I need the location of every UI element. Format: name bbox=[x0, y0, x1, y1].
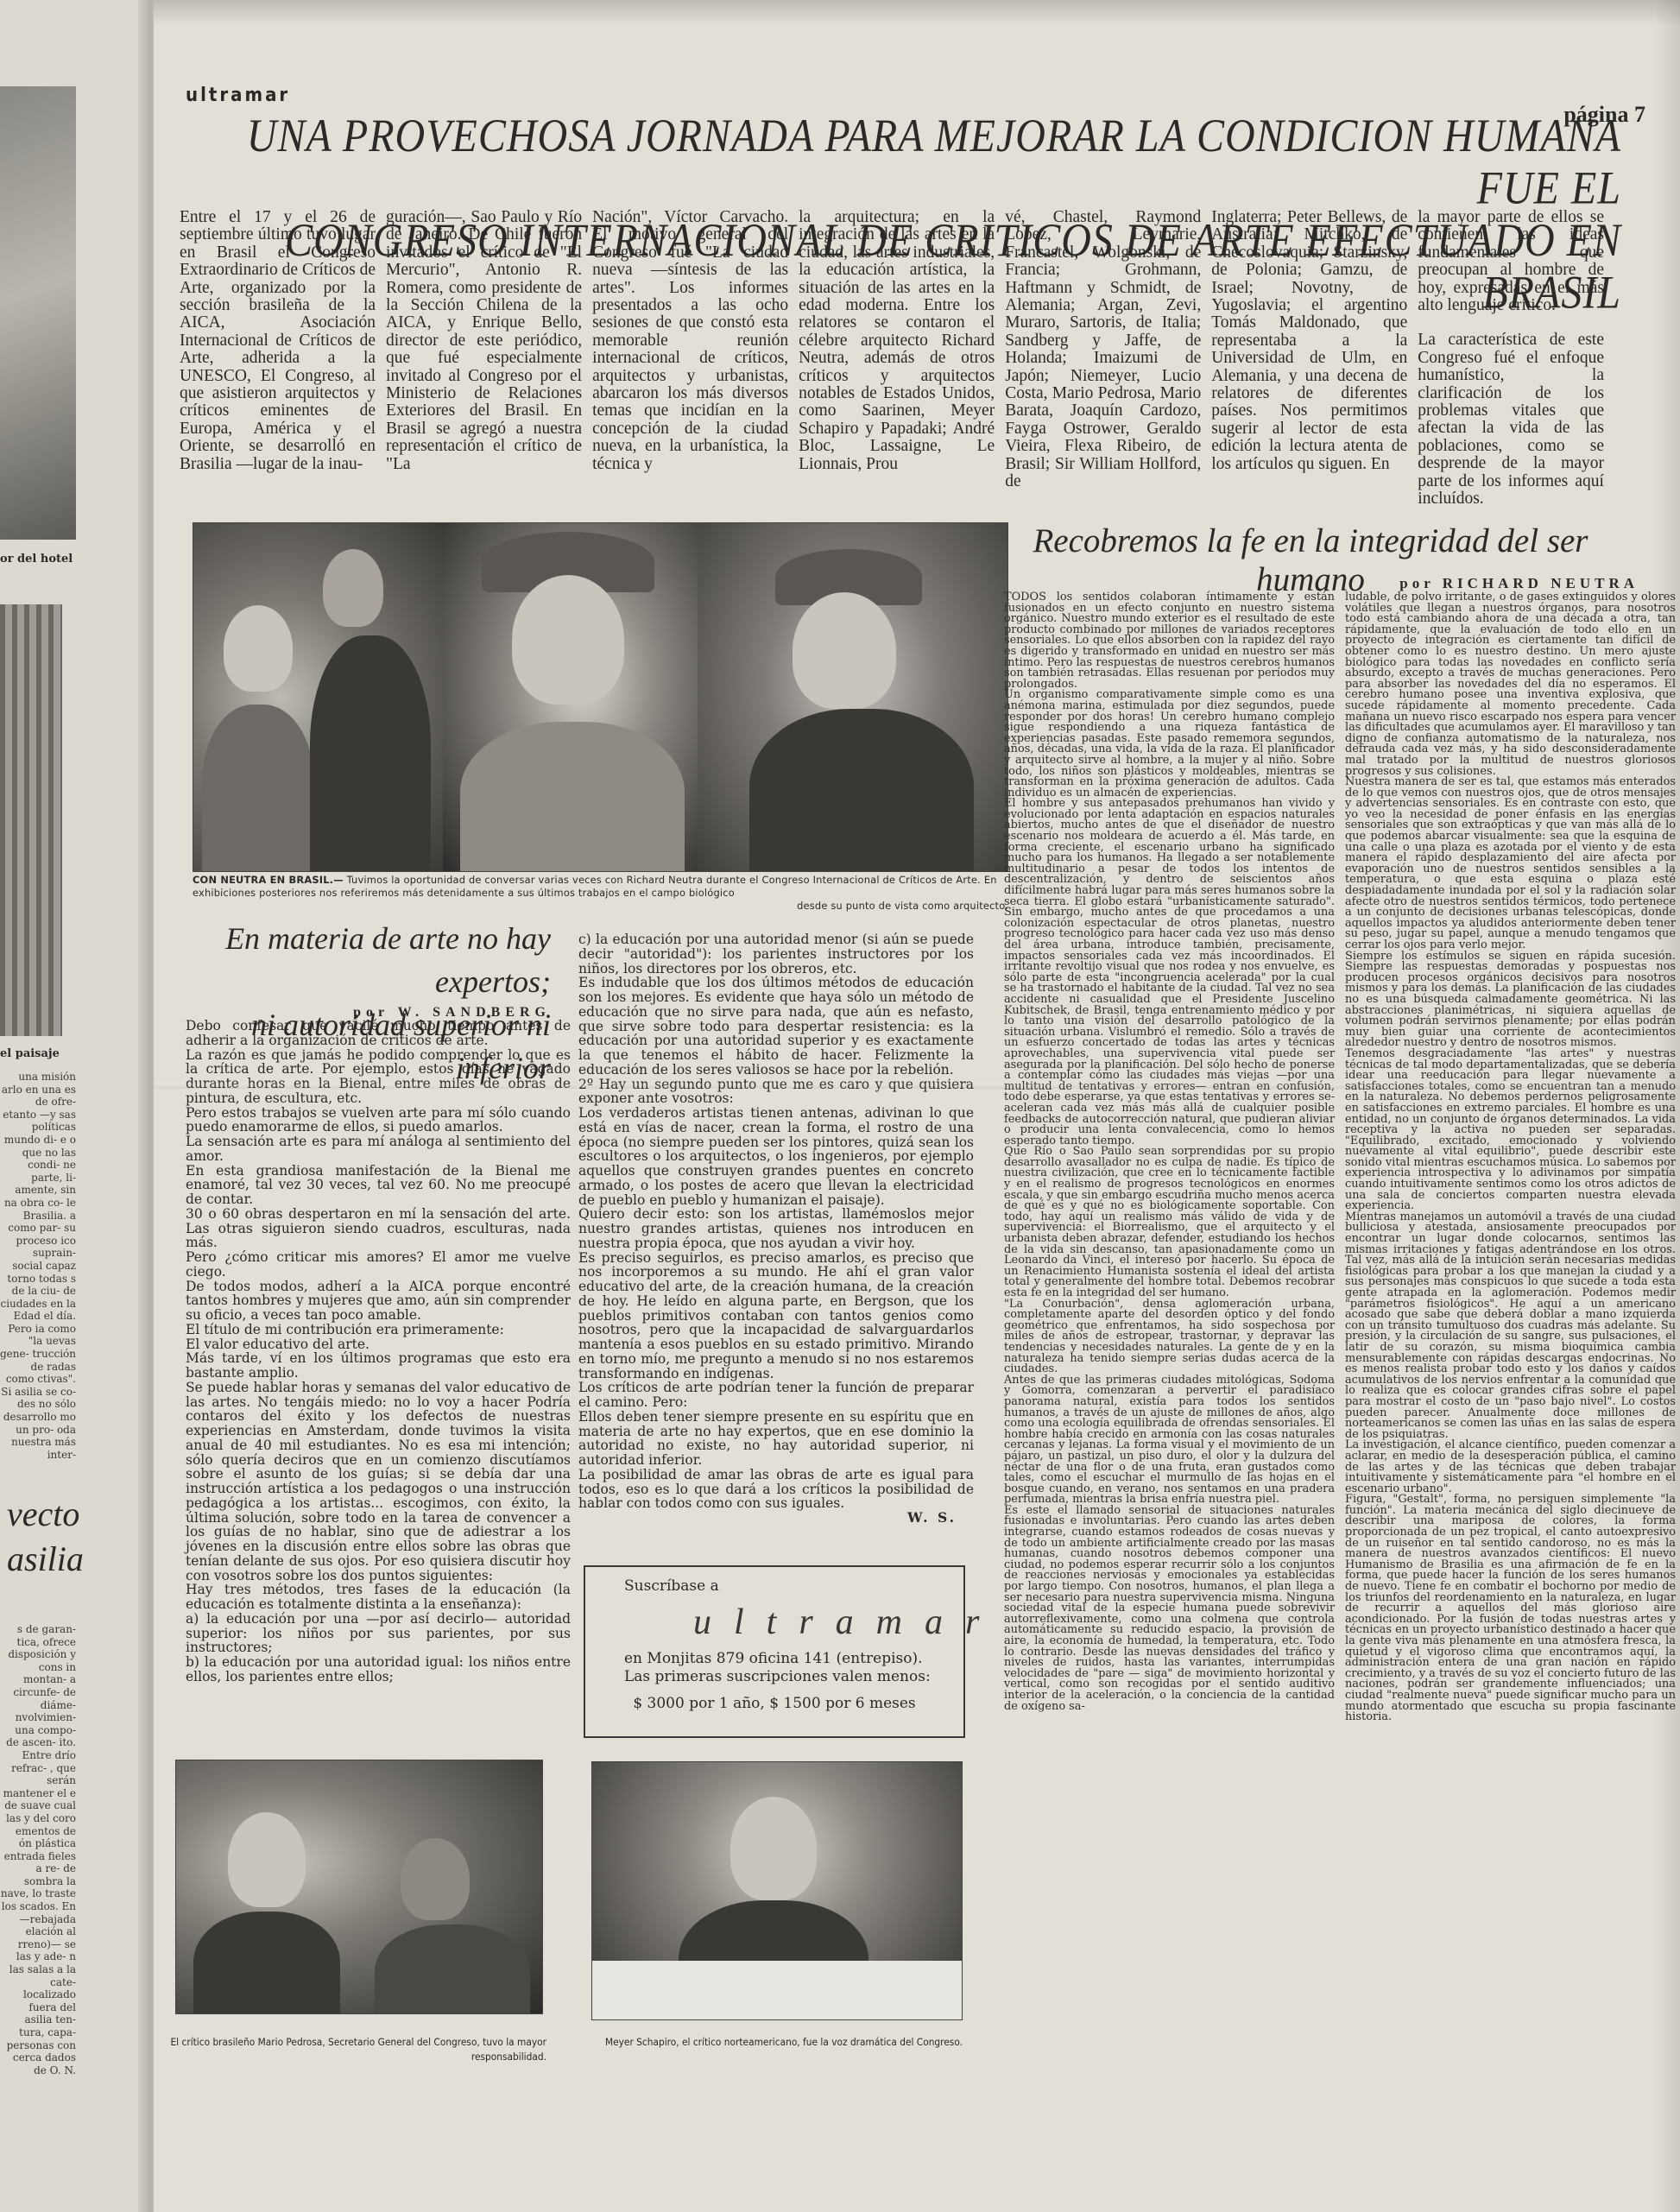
paragraph: Siempre los estímulos se siguen en rápid… bbox=[1345, 951, 1676, 1049]
paragraph: Que Río o Sao Paulo sean sorprendidas po… bbox=[1004, 1147, 1335, 1299]
paragraph: Debo confesar que vacilé mucho tiempo an… bbox=[186, 1019, 571, 1048]
address-line-2: Las primeras suscripciones valen menos: bbox=[624, 1668, 946, 1686]
subscription-intro: Suscríbase a bbox=[603, 1577, 946, 1595]
intro-column-3: Nación", Víctor Carvacho. El motivo gene… bbox=[592, 209, 788, 509]
suit-neutra bbox=[202, 705, 314, 871]
paragraph: 30 o 60 obras despertaron en mí la sensa… bbox=[186, 1207, 571, 1250]
paragraph: b) la educación por una autoridad igual:… bbox=[186, 1655, 571, 1684]
paragraph: La sensación arte es para mí análoga al … bbox=[186, 1134, 571, 1164]
neutra-column-1: TODOS los sentidos colaboran íntimamente… bbox=[1004, 592, 1335, 1712]
left-page-heading-line-1: vecto bbox=[7, 1494, 79, 1534]
suit-pedrosa bbox=[193, 1912, 340, 2014]
intro-column-6: Inglaterra; Peter Bellews, de Australia;… bbox=[1211, 209, 1407, 509]
caption-meyer-schapiro: Meyer Schapiro, el crítico norteamerican… bbox=[590, 2035, 963, 2050]
face-companion bbox=[401, 1838, 470, 1920]
paragraph: "La Conurbación", densa aglomeración urb… bbox=[1004, 1299, 1335, 1375]
suit-companion bbox=[310, 635, 431, 871]
paragraph: Pero ¿cómo criticar mis amores? El amor … bbox=[186, 1250, 571, 1280]
caption-mario-pedrosa: El crítico brasileño Mario Pedrosa, Secr… bbox=[162, 2035, 546, 2064]
suit-neutra bbox=[460, 722, 685, 871]
paragraph: La razón es que jamás he podido comprend… bbox=[186, 1048, 571, 1106]
paragraph: Más tarde, ví en los últimos programas q… bbox=[186, 1351, 571, 1381]
page-edge-shadow bbox=[1654, 0, 1680, 2212]
paper-crease bbox=[154, 1084, 1680, 1089]
sandberg-column-1: Debo confesar que vacilé mucho tiempo an… bbox=[186, 1019, 571, 1684]
subscription-brand: ultramar bbox=[603, 1602, 946, 1643]
paragraph: Antes de que las primeras ciudades mitol… bbox=[1004, 1375, 1335, 1506]
paragraph: ludable, de polvo irritante, o de gases … bbox=[1345, 592, 1676, 777]
left-page-caption-mid: el paisaje bbox=[0, 1047, 60, 1060]
paragraph: Es indudable que los dos últimos métodos… bbox=[578, 976, 974, 1077]
paragraph: a) la educación por una —por así decirlo… bbox=[186, 1612, 571, 1655]
paragraph: Tenemos desgraciadamente "las artes" y n… bbox=[1345, 1049, 1676, 1212]
left-page-text-block-1: una misión arlo en una es de ofre- etant… bbox=[0, 1071, 76, 1461]
photo-mario-pedrosa bbox=[175, 1760, 543, 2014]
intro-column-7-para-2: La característica de este Congreso fué e… bbox=[1418, 332, 1604, 508]
signature: W. S. bbox=[578, 1511, 974, 1526]
caption-lead: CON NEUTRA EN BRASIL.— bbox=[193, 874, 344, 886]
photo-neutra-with-companion bbox=[193, 523, 443, 871]
intro-article: Entre el 17 y el 26 de septiembre último… bbox=[180, 209, 1604, 509]
left-page-photo-facade bbox=[0, 604, 62, 1036]
suit-companion bbox=[375, 1924, 530, 2014]
subscription-prices: $ 3000 por 1 año, $ 1500 por 6 meses bbox=[603, 1695, 946, 1712]
face-schapiro bbox=[730, 1797, 817, 1900]
paragraph: La posibilidad de amar las obras de arte… bbox=[578, 1468, 974, 1511]
subscription-address: en Monjitas 879 oficina 141 (entrepiso).… bbox=[603, 1650, 946, 1686]
left-page-caption-top: or del hotel bbox=[0, 553, 73, 566]
paragraph: En esta grandiosa manifestación de la Bi… bbox=[186, 1164, 571, 1207]
face-neutra bbox=[224, 605, 293, 692]
paragraph: La investigación, el alcance científico,… bbox=[1345, 1440, 1676, 1495]
paragraph: Figura, "Gestalt", forma, no persiguen s… bbox=[1345, 1495, 1676, 1722]
paragraph: Ellos deben tener siempre presente en su… bbox=[578, 1410, 974, 1468]
intro-column-7-para-1: la mayor parte de ellos se contienen las… bbox=[1418, 209, 1604, 314]
suit-neutra bbox=[749, 709, 974, 871]
table-cloth bbox=[592, 1961, 963, 2020]
paragraph: Mientras manejamos un automóvil a través… bbox=[1345, 1212, 1676, 1440]
paragraph: Un organismo comparativamente simple com… bbox=[1004, 690, 1335, 799]
paragraph: Los críticos de arte podrían tener la fu… bbox=[578, 1381, 974, 1410]
paragraph: 2º Hay un segundo punto que me es caro y… bbox=[578, 1078, 974, 1107]
face-neutra bbox=[512, 575, 624, 705]
paragraph: Nuestra manera de ser es tal, que estamo… bbox=[1345, 777, 1676, 951]
intro-column-4: la arquitectura; en la integración de la… bbox=[799, 209, 995, 509]
paragraph: TODOS los sentidos colaboran íntimamente… bbox=[1004, 592, 1335, 690]
left-adjacent-page: or del hotel el paisaje una misión arlo … bbox=[0, 0, 154, 2212]
sandberg-title-line-1: En materia de arte no hay expertos; bbox=[171, 917, 551, 1003]
headline-line-1: UNA PROVECHOSA JORNADA PARA MEJORAR LA C… bbox=[205, 111, 1621, 215]
paragraph: Los verdaderos artistas tienen antenas, … bbox=[578, 1106, 974, 1207]
sandberg-column-2: c) la educación por una autoridad menor … bbox=[578, 932, 974, 1526]
face-companion bbox=[323, 549, 383, 627]
paragraph: Es este el llamado sensorial de situacio… bbox=[1004, 1506, 1335, 1712]
face-neutra bbox=[793, 592, 896, 709]
paragraph: El valor educativo del arte. bbox=[186, 1337, 571, 1352]
caption-end: desde su punto de vista como arquitecto. bbox=[193, 900, 1008, 913]
neutra-photo-caption: CON NEUTRA EN BRASIL.— Tuvimos la oportu… bbox=[193, 874, 1008, 913]
neutra-photo-strip bbox=[193, 522, 1008, 872]
paragraph: Pero estos trabajos se vuelven arte para… bbox=[186, 1106, 571, 1135]
subscription-ad: Suscríbase a ultramar en Monjitas 879 of… bbox=[584, 1565, 965, 1738]
photo-meyer-schapiro bbox=[591, 1761, 963, 2020]
paragraph: De todos modos, adherí a la AICA porque … bbox=[186, 1280, 571, 1323]
intro-column-5: vé, Chastel, Raymond Lopez, Leymarie, Fr… bbox=[1005, 209, 1201, 509]
photo-neutra-hat-portrait bbox=[443, 523, 697, 871]
address-line-1: en Monjitas 879 oficina 141 (entrepiso). bbox=[624, 1650, 946, 1668]
left-page-photo-building bbox=[0, 86, 76, 540]
neutra-byline: por RICHARD NEUTRA bbox=[1241, 575, 1639, 592]
left-page-text-block-2: s de garan- tica, ofrece disposición y c… bbox=[0, 1623, 76, 2076]
neutra-column-2: ludable, de polvo irritante, o de gases … bbox=[1345, 592, 1676, 1723]
paragraph: Es preciso seguirlos, es preciso amarlos… bbox=[578, 1251, 974, 1381]
left-page-heading-line-2: asilia bbox=[7, 1539, 84, 1579]
paragraph: c) la educación por una autoridad menor … bbox=[578, 932, 974, 976]
paragraph: Quiero decir esto: son los artistas, lla… bbox=[578, 1207, 974, 1250]
intro-column-2: guración—, Sao Paulo y Río de Janeiro. D… bbox=[386, 209, 582, 509]
intro-column-7: la mayor parte de ellos se contienen las… bbox=[1418, 209, 1604, 509]
masthead: ultramar bbox=[186, 85, 290, 106]
paragraph: El hombre y sus antepasados prehumanos h… bbox=[1004, 799, 1335, 1147]
paragraph: Se puede hablar horas y semanas del valo… bbox=[186, 1381, 571, 1583]
paragraph: Hay tres métodos, tres fases de la educa… bbox=[186, 1583, 571, 1612]
paragraph: El título de mi contribución era primera… bbox=[186, 1323, 571, 1337]
intro-column-1: Entre el 17 y el 26 de septiembre último… bbox=[180, 209, 376, 509]
photo-neutra-hat-profile bbox=[698, 523, 1007, 871]
face-pedrosa bbox=[228, 1812, 306, 1907]
newspaper-page: ultramar página 7 UNA PROVECHOSA JORNADA… bbox=[154, 0, 1680, 2212]
